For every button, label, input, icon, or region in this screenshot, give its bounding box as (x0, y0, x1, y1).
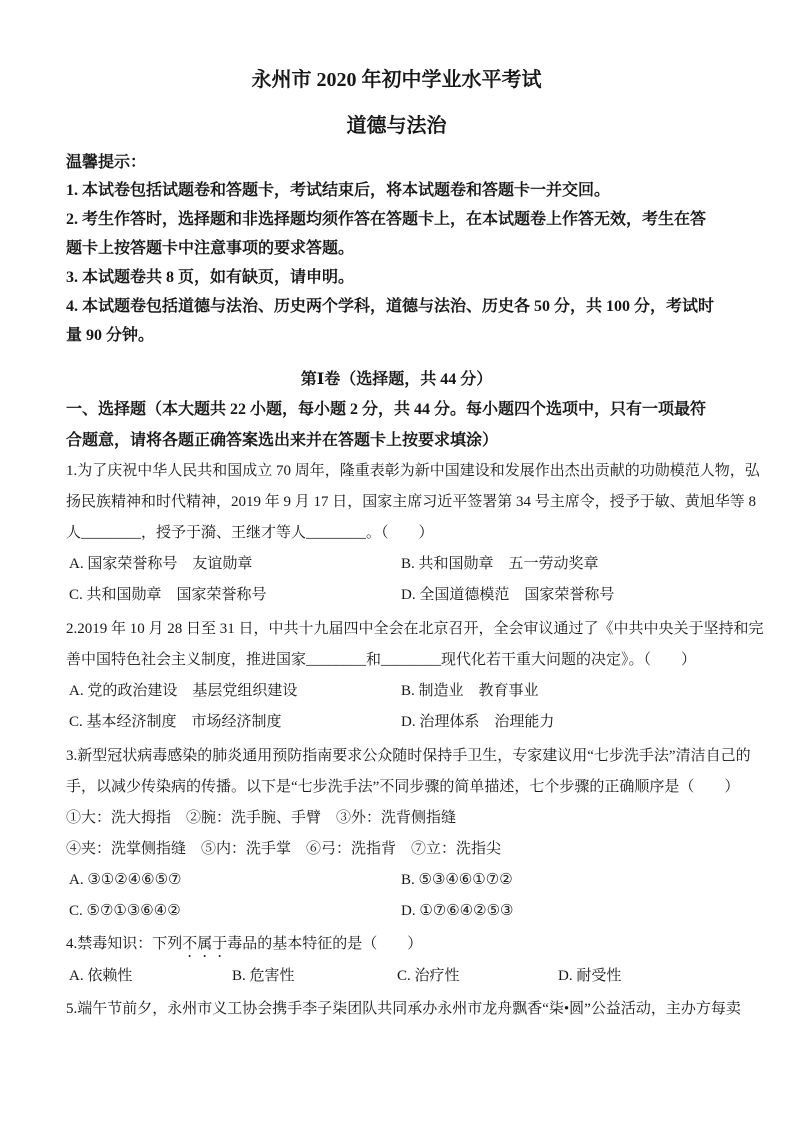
question-4-emphasized-text: 不属于 (182, 936, 227, 952)
question-2-option-a: A. 党的政治建设 基层党组织建设 (69, 676, 401, 707)
notice-line-4-cont: 量 90 分钟。 (66, 321, 727, 350)
notice-line-3: 3. 本试题卷共 8 页，如有缺页，请申明。 (66, 263, 727, 292)
question-3-option-b: B. ⑤③④⑥①⑦② (401, 865, 727, 896)
section-1-intro-line-2: 合题意，请将各题正确答案选出来并在答题卡上按要求填涂） (66, 425, 727, 456)
question-4-prefix: 4.禁毒知识：下列 (66, 936, 182, 952)
question-3-line-2: 手，以减少传染病的传播。以下是“七步洗手法”不同步骤的简单描述，七个步骤的正确顺… (66, 772, 727, 803)
exam-paper-page: 永州市 2020 年初中学业水平考试 道德与法治 温馨提示： 1. 本试卷包括试… (0, 0, 793, 1122)
question-2-options-row-2: C. 基本经济制度 市场经济制度 D. 治理体系 治理能力 (66, 707, 727, 738)
notice-heading: 温馨提示： (66, 150, 727, 176)
question-4-option-a: A. 依赖性 (69, 961, 232, 992)
question-1-option-d: D. 全国道德模范 国家荣誉称号 (401, 580, 727, 611)
exam-title: 永州市 2020 年初中学业水平考试 (66, 66, 727, 94)
question-2-line-1: 2.2019 年 10 月 28 日至 31 日，中共十九届四中全会在北京召开，… (66, 614, 727, 645)
notice-line-1: 1. 本试卷包括试题卷和答题卡，考试结束后，将本试题卷和答题卡一并交回。 (66, 176, 727, 205)
question-1-line-1: 1.为了庆祝中华人民共和国成立 70 周年，隆重表彰为新中国建设和发展作出杰出贡… (66, 456, 727, 487)
question-5-line-1: 5.端午节前夕，永州市义工协会携手李子柒团队共同承办永州市龙舟飘香“柒•圆”公益… (66, 994, 727, 1025)
question-1-options-row-1: A. 国家荣誉称号 友谊勋章 B. 共和国勋章 五一劳动奖章 (66, 549, 727, 580)
question-1-line-2: 扬民族精神和时代精神，2019 年 9 月 17 日，国家主席习近平签署第 34… (66, 487, 727, 518)
section-1-intro-line-1: 一、选择题（本大题共 22 小题，每小题 2 分，共 44 分。每小题四个选项中… (66, 394, 727, 425)
question-1-option-c: C. 共和国勋章 国家荣誉称号 (69, 580, 401, 611)
question-3-options-row-1: A. ③①②④⑥⑤⑦ B. ⑤③④⑥①⑦② (66, 865, 727, 896)
question-1-option-b: B. 共和国勋章 五一劳动奖章 (401, 549, 727, 580)
question-3-option-c: C. ⑤⑦①③⑥④② (69, 896, 401, 927)
question-3-option-d: D. ①⑦⑥④②⑤③ (401, 896, 727, 927)
section-1-heading: 第Ⅰ卷（选择题，共 44 分） (66, 366, 727, 394)
question-3-line-1: 3.新型冠状病毒感染的肺炎通用预防指南要求公众随时保持手卫生，专家建议用“七步洗… (66, 741, 727, 772)
question-4-option-c: C. 治疗性 (397, 961, 558, 992)
exam-subject-title: 道德与法治 (66, 112, 727, 140)
question-2-options-row-1: A. 党的政治建设 基层党组织建设 B. 制造业 教育事业 (66, 676, 727, 707)
notice-line-2: 2. 考生作答时，选择题和非选择题均须作答在答题卡上，在本试题卷上作答无效，考生… (66, 205, 727, 234)
question-4-text: 4.禁毒知识：下列不属于毒品的基本特征的是（ ） (66, 929, 727, 961)
question-3-option-a: A. ③①②④⑥⑤⑦ (69, 865, 401, 896)
question-2-line-2: 善中国特色社会主义制度，推进国家________和________现代化若干重大… (66, 645, 727, 676)
question-1-line-3: 人________，授予于漪、王继才等人________。（ ） (66, 518, 727, 549)
question-2-option-c: C. 基本经济制度 市场经济制度 (69, 707, 401, 738)
question-4-option-d: D. 耐受性 (558, 961, 727, 992)
notice-line-4: 4. 本试题卷包括道德与法治、历史两个学科，道德与法治、历史各 50 分，共 1… (66, 292, 727, 321)
question-1-option-a: A. 国家荣誉称号 友谊勋章 (69, 549, 401, 580)
notice-line-2-cont: 题卡上按答题卡中注意事项的要求答题。 (66, 234, 727, 263)
question-3-steps-line-1: ①大：洗大拇指 ②腕：洗手腕、手臂 ③外：洗背侧指缝 (66, 803, 727, 834)
question-1-options-row-2: C. 共和国勋章 国家荣誉称号 D. 全国道德模范 国家荣誉称号 (66, 580, 727, 611)
question-2-option-b: B. 制造业 教育事业 (401, 676, 727, 707)
question-3-steps-line-2: ④夹：洗掌侧指缝 ⑤内：洗手掌 ⑥弓：洗指背 ⑦立：洗指尖 (66, 834, 727, 865)
question-4-suffix: 毒品的基本特征的是（ ） (227, 936, 422, 952)
question-3-options-row-2: C. ⑤⑦①③⑥④② D. ①⑦⑥④②⑤③ (66, 896, 727, 927)
question-2-option-d: D. 治理体系 治理能力 (401, 707, 727, 738)
question-4-option-b: B. 危害性 (232, 961, 397, 992)
question-4-options-row: A. 依赖性 B. 危害性 C. 治疗性 D. 耐受性 (66, 961, 727, 992)
